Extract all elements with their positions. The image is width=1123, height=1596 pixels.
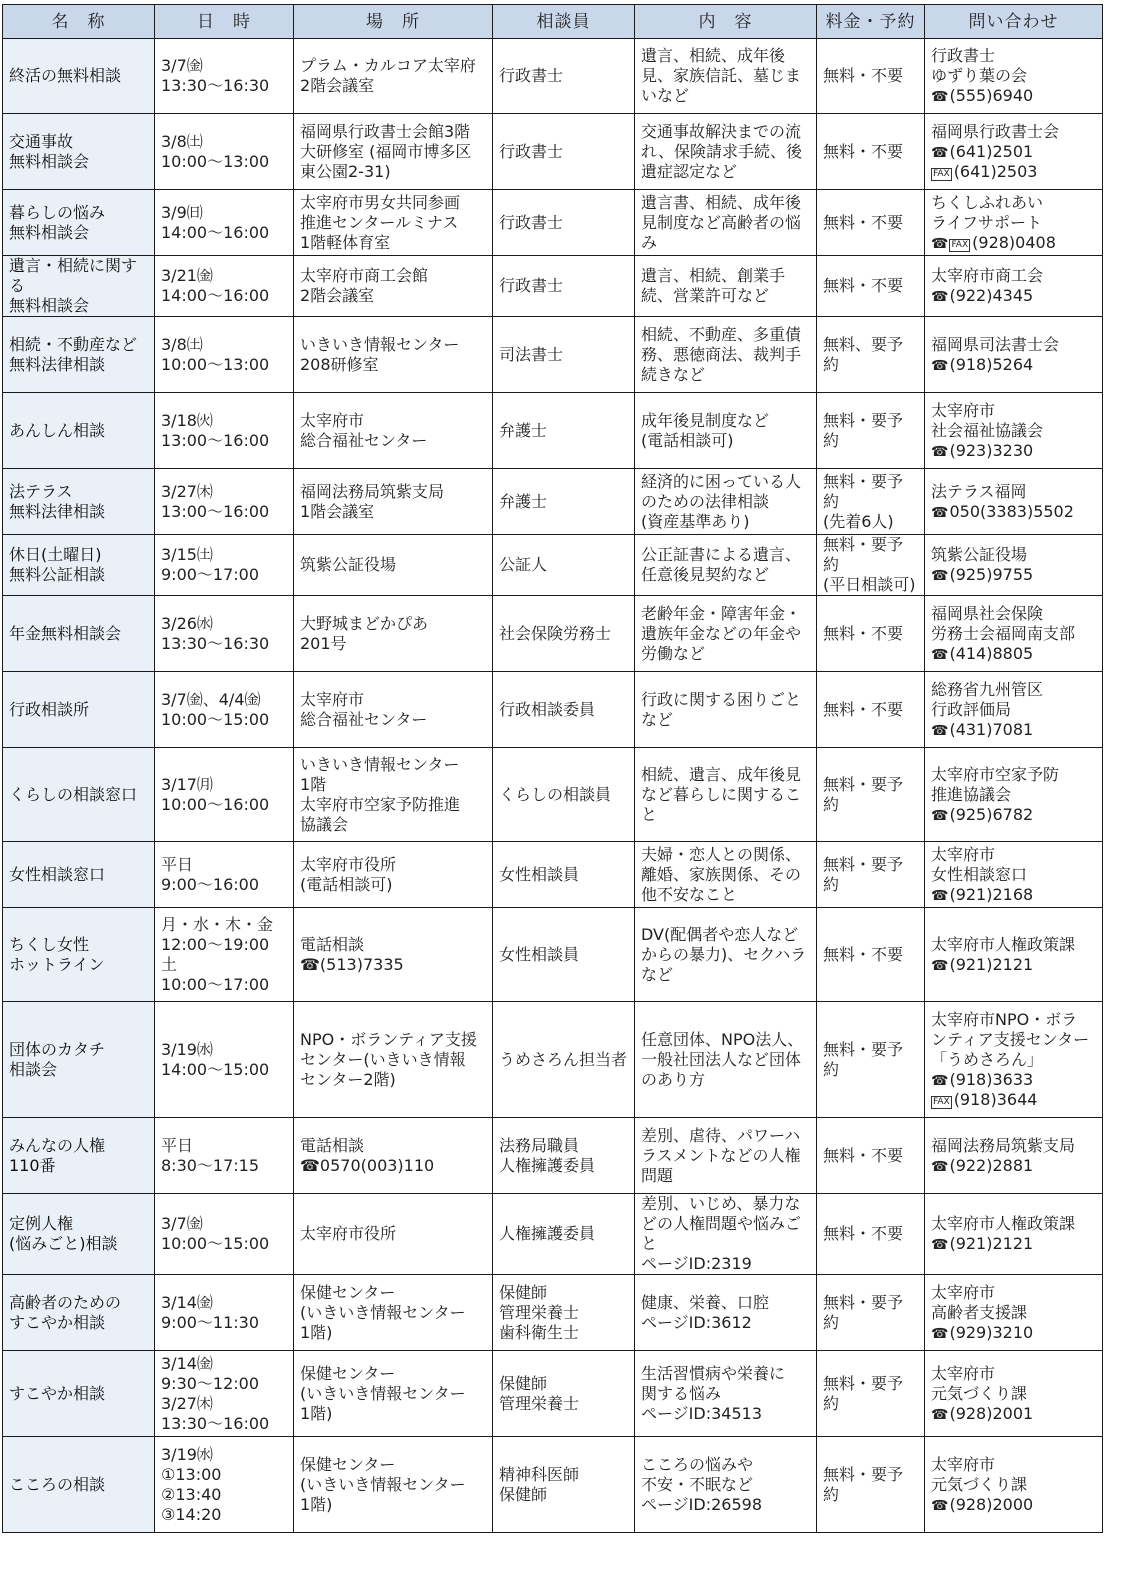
contact-value: (641)2503 [954,162,1038,181]
contact-value: (641)2501 [949,142,1033,161]
contact-org: 太宰府市人権政策課 [931,935,1096,955]
table-row: 遺言・相続に関する 無料相談会3/21㈮ 14:00〜16:00太宰府市商工会館… [3,256,1103,317]
contact-value: (923)3230 [949,441,1033,460]
content-cell: 経済的に困っている人のための法律相談 (資産基準あり) [635,469,817,535]
place-cell: 筑紫公証役場 [294,535,493,596]
datetime-cell: 3/7㈮ 13:30〜16:30 [155,39,294,114]
name-cell: 交通事故 無料相談会 [3,114,155,190]
counselor-cell: 弁護士 [493,469,635,535]
contact-number: ☎(921)2121 [931,1234,1096,1254]
counselor-cell: 司法書士 [493,317,635,393]
counselor-cell: 保健師 管理栄養士 [493,1351,635,1437]
counselor-cell: 公証人 [493,535,635,596]
contact-number: FAX(641)2503 [931,162,1096,182]
contact-number: ☎(641)2501 [931,142,1096,162]
contact-cell: 太宰府市人権政策課☎(921)2121 [925,1194,1103,1275]
contact-org: 労務士会福岡南支部 [931,624,1096,644]
counselor-cell: 行政書士 [493,39,635,114]
place-cell: 太宰府市男女共同参画 推進センタールミナス 1階軽体育室 [294,190,493,256]
contact-org: 太宰府市人権政策課 [931,1214,1096,1234]
contact-value: 社会福祉協議会 [931,421,1043,440]
fee-cell: 無料・不要 [817,1118,925,1194]
datetime-cell: 3/9㈰ 14:00〜16:00 [155,190,294,256]
contact-value: (922)2881 [949,1156,1033,1175]
table-row: くらしの相談窓口3/17㈪ 10:00〜16:00いきいき情報センター 1階 太… [3,748,1103,842]
content-cell: 老齢年金・障害年金・遺族年金などの年金や労働など [635,596,817,672]
table-row: 法テラス 無料法律相談3/27㈭ 13:00〜16:00福岡法務局筑紫支局 1階… [3,469,1103,535]
contact-org: 高齢者支援課 [931,1303,1096,1323]
contact-number: ☎(922)2881 [931,1156,1096,1176]
contact-org: ンティア支援センター [931,1030,1096,1050]
header-content: 内 容 [635,5,817,39]
contact-org: 福岡県行政書士会 [931,122,1096,142]
table-row: こころの相談3/19㈬ ①13:00 ②13:40 ③14:20保健センター (… [3,1437,1103,1533]
datetime-cell: 3/19㈬ 14:00〜15:00 [155,1002,294,1118]
place-cell: 太宰府市 総合福祉センター [294,393,493,469]
table-row: すこやか相談3/14㈮ 9:30〜12:00 3/27㈭ 13:30〜16:00… [3,1351,1103,1437]
name-cell: みんなの人権 110番 [3,1118,155,1194]
contact-org: ライフサポート [931,213,1096,233]
contact-value: (918)5264 [949,355,1033,374]
contact-number: ☎(921)2168 [931,885,1096,905]
content-cell: 遺言書、相続、成年後見制度など高齢者の悩み [635,190,817,256]
phone-icon: ☎ [931,959,948,973]
contact-value: (925)6782 [949,805,1033,824]
counselor-cell: 精神科医師 保健師 [493,1437,635,1533]
fee-cell: 無料・不要 [817,39,925,114]
fee-cell: 無料・不要 [817,672,925,748]
contact-org: 太宰府市商工会 [931,266,1096,286]
contact-cell: 総務省九州管区行政評価局☎(431)7081 [925,672,1103,748]
fee-cell: 無料・要予約 [817,1437,925,1533]
content-cell: 交通事故解決までの流れ、保険請求手続、後遺症認定など [635,114,817,190]
contact-org: 法テラス福岡 [931,482,1096,502]
content-cell: 公正証書による遺言、任意後見契約など [635,535,817,596]
contact-value: 太宰府市 [931,1364,995,1383]
contact-value: (922)4345 [949,286,1033,305]
contact-org: ゆずり葉の会 [931,66,1096,86]
contact-value: (921)2121 [949,955,1033,974]
content-cell: 相続、不動産、多重債務、悪徳商法、裁判手続きなど [635,317,817,393]
phone-icon: ☎ [931,506,948,520]
place-cell: 福岡法務局筑紫支局 1階会議室 [294,469,493,535]
content-cell: 行政に関する困りごとなど [635,672,817,748]
fee-cell: 無料、要予約 [817,317,925,393]
datetime-cell: 平日 9:00〜16:00 [155,842,294,908]
fee-cell: 無料・不要 [817,908,925,1002]
fee-cell: 無料・不要 [817,596,925,672]
contact-cell: 太宰府市女性相談窓口☎(921)2168 [925,842,1103,908]
contact-value: (928)2001 [949,1404,1033,1423]
contact-org: 元気づくり課 [931,1475,1096,1495]
contact-value: 女性相談窓口 [931,865,1027,884]
name-cell: 終活の無料相談 [3,39,155,114]
contact-cell: 法テラス福岡☎050(3383)5502 [925,469,1103,535]
contact-value: 元気づくり課 [931,1384,1027,1403]
header-contact: 問い合わせ [925,5,1103,39]
place-cell: 太宰府市役所 [294,1194,493,1275]
counselor-cell: うめさろん担当者 [493,1002,635,1118]
table-row: 相続・不動産など 無料法律相談3/8㈯ 10:00〜13:00いきいき情報センタ… [3,317,1103,393]
contact-org: 元気づくり課 [931,1384,1096,1404]
counselor-cell: 女性相談員 [493,842,635,908]
contact-value: (918)3644 [954,1090,1038,1109]
contact-number: ☎(928)2001 [931,1404,1096,1424]
phone-icon: ☎ [931,569,948,583]
contact-value: (918)3633 [949,1070,1033,1089]
contact-org: 太宰府市 [931,401,1096,421]
datetime-cell: 3/19㈬ ①13:00 ②13:40 ③14:20 [155,1437,294,1533]
contact-cell: ちくしふれあいライフサポート☎FAX(928)0408 [925,190,1103,256]
contact-value: 推進協議会 [931,785,1011,804]
datetime-cell: 3/15㈯ 9:00〜17:00 [155,535,294,596]
contact-org: 社会福祉協議会 [931,421,1096,441]
table-row: あんしん相談3/18㈫ 13:00〜16:00太宰府市 総合福祉センター弁護士成… [3,393,1103,469]
contact-org: 推進協議会 [931,785,1096,805]
phone-icon: ☎ [931,237,948,251]
phone-icon: ☎ [931,445,948,459]
contact-value: 太宰府市商工会 [931,266,1043,285]
contact-cell: 行政書士ゆずり葉の会☎(555)6940 [925,39,1103,114]
phone-icon: ☎ [931,90,948,104]
contact-cell: 福岡県行政書士会☎(641)2501FAX(641)2503 [925,114,1103,190]
contact-value: 福岡県司法書士会 [931,335,1059,354]
place-cell: 保健センター (いきいき情報センター 1階) [294,1351,493,1437]
contact-org: 福岡県社会保険 [931,604,1096,624]
contact-cell: 太宰府市社会福祉協議会☎(923)3230 [925,393,1103,469]
contact-value: ゆずり葉の会 [931,66,1027,85]
contact-value: 太宰府市 [931,1455,995,1474]
name-cell: 女性相談窓口 [3,842,155,908]
contact-value: ライフサポート [931,213,1042,232]
contact-org: 福岡法務局筑紫支局 [931,1136,1096,1156]
phone-icon: ☎ [931,1499,948,1513]
fee-cell: 無料・要予約 [817,842,925,908]
content-cell: 遺言、相続、創業手続、営業許可など [635,256,817,317]
phone-icon: ☎ [931,1074,948,1088]
consultation-table: 名 称 日 時 場 所 相談員 内 容 料金・予約 問い合わせ 終活の無料相談3… [2,4,1103,1533]
contact-number: ☎(925)9755 [931,565,1096,585]
contact-number: ☎(922)4345 [931,286,1096,306]
name-cell: 遺言・相続に関する 無料相談会 [3,256,155,317]
name-cell: 暮らしの悩み 無料相談会 [3,190,155,256]
header-name: 名 称 [3,5,155,39]
datetime-cell: 月・水・木・金 12:00〜19:00 土 10:00〜17:00 [155,908,294,1002]
contact-cell: 太宰府市元気づくり課☎(928)2001 [925,1351,1103,1437]
contact-org: 行政書士 [931,46,1096,66]
place-cell: 太宰府市商工会館 2階会議室 [294,256,493,317]
contact-value: 行政評価局 [931,700,1011,719]
contact-value: 太宰府市人権政策課 [931,935,1075,954]
name-cell: あんしん相談 [3,393,155,469]
contact-number: FAX(918)3644 [931,1090,1096,1110]
header-row: 名 称 日 時 場 所 相談員 内 容 料金・予約 問い合わせ [3,5,1103,39]
header-place: 場 所 [294,5,493,39]
datetime-cell: 3/8㈯ 10:00〜13:00 [155,114,294,190]
contact-org: 太宰府市 [931,1364,1096,1384]
datetime-cell: 3/18㈫ 13:00〜16:00 [155,393,294,469]
content-cell: DV(配偶者や恋人などからの暴力)、セクハラなど [635,908,817,1002]
contact-cell: 太宰府市高齢者支援課☎(929)3210 [925,1275,1103,1351]
name-cell: 行政相談所 [3,672,155,748]
fee-cell: 無料・要予約 (平日相談可) [817,535,925,596]
fee-cell: 無料・要予約 (先着6人) [817,469,925,535]
contact-value: 筑紫公証役場 [931,545,1027,564]
table-row: 団体のカタチ 相談会3/19㈬ 14:00〜15:00NPO・ボランティア支援 … [3,1002,1103,1118]
contact-value: 法テラス福岡 [931,482,1027,501]
fee-cell: 無料・要予約 [817,393,925,469]
datetime-cell: 3/8㈯ 10:00〜13:00 [155,317,294,393]
contact-value: (921)2121 [949,1234,1033,1253]
contact-cell: 太宰府市人権政策課☎(921)2121 [925,908,1103,1002]
contact-cell: 太宰府市空家予防推進協議会☎(925)6782 [925,748,1103,842]
content-cell: 成年後見制度など (電話相談可) [635,393,817,469]
contact-cell: 福岡法務局筑紫支局☎(922)2881 [925,1118,1103,1194]
fee-cell: 無料・要予約 [817,1002,925,1118]
phone-icon: ☎ [931,809,948,823]
place-cell: 太宰府市 総合福祉センター [294,672,493,748]
datetime-cell: 3/26㈬ 13:30〜16:30 [155,596,294,672]
contact-value: (928)2000 [949,1495,1033,1514]
contact-value: 高齢者支援課 [931,1303,1027,1322]
contact-value: (555)6940 [949,86,1033,105]
contact-cell: 筑紫公証役場☎(925)9755 [925,535,1103,596]
contact-number: ☎(414)8805 [931,644,1096,664]
contact-value: 太宰府市 [931,1283,995,1302]
contact-value: 「うめさろん」 [931,1050,1043,1069]
header-counselor: 相談員 [493,5,635,39]
counselor-cell: 弁護士 [493,393,635,469]
contact-value: ちくしふれあい [931,193,1043,212]
contact-number: ☎(921)2121 [931,955,1096,975]
datetime-cell: 3/14㈮ 9:30〜12:00 3/27㈭ 13:30〜16:00 [155,1351,294,1437]
place-cell: いきいき情報センター 208研修室 [294,317,493,393]
contact-value: 太宰府市 [931,401,995,420]
contact-cell: 太宰府市商工会☎(922)4345 [925,256,1103,317]
contact-number: ☎(925)6782 [931,805,1096,825]
counselor-cell: 社会保険労務士 [493,596,635,672]
content-cell: 夫婦・恋人との関係、離婚、家族関係、その他不安なこと [635,842,817,908]
counselor-cell: 法務局職員 人権擁護委員 [493,1118,635,1194]
contact-org: 筑紫公証役場 [931,545,1096,565]
contact-value: 元気づくり課 [931,1475,1027,1494]
table-row: みんなの人権 110番平日 8:30〜17:15電話相談 ☎0570(003)1… [3,1118,1103,1194]
place-cell: いきいき情報センター 1階 太宰府市空家予防推進 協議会 [294,748,493,842]
fee-cell: 無料・不要 [817,1194,925,1275]
counselor-cell: 行政書士 [493,256,635,317]
name-cell: 法テラス 無料法律相談 [3,469,155,535]
name-cell: 年金無料相談会 [3,596,155,672]
phone-icon: ☎ [931,1327,948,1341]
fee-cell: 無料・不要 [817,190,925,256]
content-cell: 遺言、相続、成年後見、家族信託、墓じまいなど [635,39,817,114]
contact-org: 福岡県司法書士会 [931,335,1096,355]
contact-value: (929)3210 [949,1323,1033,1342]
phone-icon: ☎ [931,1160,948,1174]
datetime-cell: 3/27㈭ 13:00〜16:00 [155,469,294,535]
contact-number: ☎(431)7081 [931,720,1096,740]
contact-number: ☎(918)5264 [931,355,1096,375]
contact-cell: 太宰府市元気づくり課☎(928)2000 [925,1437,1103,1533]
datetime-cell: 3/7㈮、4/4㈮ 10:00〜15:00 [155,672,294,748]
place-cell: 大野城まどかぴあ 201号 [294,596,493,672]
datetime-cell: 3/21㈮ 14:00〜16:00 [155,256,294,317]
place-cell: 電話相談 ☎0570(003)110 [294,1118,493,1194]
name-cell: ちくし女性 ホットライン [3,908,155,1002]
contact-org: 太宰府市 [931,1455,1096,1475]
contact-number: ☎(918)3633 [931,1070,1096,1090]
content-cell: 差別、虐待、パワーハラスメントなどの人権問題 [635,1118,817,1194]
contact-org: 行政評価局 [931,700,1096,720]
contact-value: 050(3383)5502 [949,502,1073,521]
fee-cell: 無料・要予約 [817,1351,925,1437]
phone-icon: ☎ [931,724,948,738]
place-cell: NPO・ボランティア支援 センター(いきいき情報 センター2階) [294,1002,493,1118]
contact-org: 「うめさろん」 [931,1050,1096,1070]
contact-org: ちくしふれあい [931,193,1096,213]
counselor-cell: 女性相談員 [493,908,635,1002]
name-cell: 団体のカタチ 相談会 [3,1002,155,1118]
contact-number: ☎050(3383)5502 [931,502,1096,522]
name-cell: 定例人権 (悩みごと)相談 [3,1194,155,1275]
place-cell: 太宰府市役所 (電話相談可) [294,842,493,908]
place-cell: 保健センター (いきいき情報センター 1階) [294,1437,493,1533]
header-datetime: 日 時 [155,5,294,39]
contact-org: 女性相談窓口 [931,865,1096,885]
table-row: 暮らしの悩み 無料相談会3/9㈰ 14:00〜16:00太宰府市男女共同参画 推… [3,190,1103,256]
fax-icon: FAX [931,1096,952,1109]
phone-icon: ☎ [931,1408,948,1422]
contact-number: ☎(928)2000 [931,1495,1096,1515]
contact-org: 太宰府市 [931,1283,1096,1303]
contact-value: (921)2168 [949,885,1033,904]
contact-value: (431)7081 [949,720,1033,739]
counselor-cell: 人権擁護委員 [493,1194,635,1275]
contact-value: 太宰府市空家予防 [931,765,1059,784]
contact-value: 太宰府市 [931,845,995,864]
place-cell: 電話相談 ☎(513)7335 [294,908,493,1002]
fee-cell: 無料・不要 [817,114,925,190]
counselor-cell: 行政書士 [493,114,635,190]
consultation-schedule: 名 称 日 時 場 所 相談員 内 容 料金・予約 問い合わせ 終活の無料相談3… [2,4,1102,1533]
contact-value: 福岡法務局筑紫支局 [931,1136,1075,1155]
table-row: 年金無料相談会3/26㈬ 13:30〜16:30大野城まどかぴあ 201号社会保… [3,596,1103,672]
table-row: 高齢者のための すこやか相談3/14㈮ 9:00〜11:30保健センター (いき… [3,1275,1103,1351]
contact-value: (925)9755 [949,565,1033,584]
table-row: 女性相談窓口平日 9:00〜16:00太宰府市役所 (電話相談可)女性相談員夫婦… [3,842,1103,908]
contact-number: ☎FAX(928)0408 [931,233,1096,253]
datetime-cell: 平日 8:30〜17:15 [155,1118,294,1194]
contact-cell: 太宰府市NPO・ボランティア支援センター「うめさろん」☎(918)3633FAX… [925,1002,1103,1118]
name-cell: 休日(土曜日) 無料公証相談 [3,535,155,596]
datetime-cell: 3/17㈪ 10:00〜16:00 [155,748,294,842]
contact-value: 太宰府市人権政策課 [931,1214,1075,1233]
phone-icon: ☎ [931,1238,948,1252]
contact-number: ☎(923)3230 [931,441,1096,461]
contact-value: 行政書士 [931,46,995,65]
content-cell: 差別、いじめ、暴力などの人権問題や悩みごと ページID:2319 [635,1194,817,1275]
phone-icon: ☎ [931,146,948,160]
counselor-cell: 行政書士 [493,190,635,256]
fax-icon: FAX [931,168,952,181]
fee-cell: 無料・不要 [817,256,925,317]
content-cell: 任意団体、NPO法人、一般社団法人など団体のあり方 [635,1002,817,1118]
contact-value: 福岡県行政書士会 [931,122,1059,141]
place-cell: プラム・カルコア太宰府 2階会議室 [294,39,493,114]
contact-cell: 福岡県司法書士会☎(918)5264 [925,317,1103,393]
content-cell: 健康、栄養、口腔 ページID:3612 [635,1275,817,1351]
contact-org: 総務省九州管区 [931,680,1096,700]
contact-number: ☎(929)3210 [931,1323,1096,1343]
phone-icon: ☎ [931,889,948,903]
counselor-cell: 行政相談委員 [493,672,635,748]
contact-value: (414)8805 [949,644,1033,663]
name-cell: こころの相談 [3,1437,155,1533]
place-cell: 保健センター (いきいき情報センター 1階) [294,1275,493,1351]
name-cell: 相続・不動産など 無料法律相談 [3,317,155,393]
datetime-cell: 3/7㈮ 10:00〜15:00 [155,1194,294,1275]
name-cell: 高齢者のための すこやか相談 [3,1275,155,1351]
name-cell: くらしの相談窓口 [3,748,155,842]
content-cell: 生活習慣病や栄養に 関する悩み ページID:34513 [635,1351,817,1437]
content-cell: こころの悩みや 不安・不眠など ページID:26598 [635,1437,817,1533]
table-row: 終活の無料相談3/7㈮ 13:30〜16:30プラム・カルコア太宰府 2階会議室… [3,39,1103,114]
table-row: 休日(土曜日) 無料公証相談3/15㈯ 9:00〜17:00筑紫公証役場公証人公… [3,535,1103,596]
name-cell: すこやか相談 [3,1351,155,1437]
contact-org: 太宰府市NPO・ボラ [931,1010,1096,1030]
counselor-cell: 保健師 管理栄養士 歯科衛生士 [493,1275,635,1351]
table-row: 定例人権 (悩みごと)相談3/7㈮ 10:00〜15:00太宰府市役所人権擁護委… [3,1194,1103,1275]
phone-icon: ☎ [931,359,948,373]
contact-cell: 福岡県社会保険労務士会福岡南支部☎(414)8805 [925,596,1103,672]
contact-value: 総務省九州管区 [931,680,1043,699]
contact-org: 太宰府市 [931,845,1096,865]
content-cell: 相続、遺言、成年後見など暮らしに関すること [635,748,817,842]
phone-icon: ☎ [931,290,948,304]
contact-org: 太宰府市空家予防 [931,765,1096,785]
contact-value: 労務士会福岡南支部 [931,624,1075,643]
contact-value: 福岡県社会保険 [931,604,1043,623]
fee-cell: 無料・要予約 [817,1275,925,1351]
place-cell: 福岡県行政書士会館3階 大研修室 (福岡市博多区 東公園2-31) [294,114,493,190]
contact-value: (928)0408 [972,233,1056,252]
contact-value: 太宰府市NPO・ボラ [931,1010,1077,1029]
table-row: 交通事故 無料相談会3/8㈯ 10:00〜13:00福岡県行政書士会館3階 大研… [3,114,1103,190]
contact-value: ンティア支援センター [931,1030,1089,1049]
table-row: ちくし女性 ホットライン月・水・木・金 12:00〜19:00 土 10:00〜… [3,908,1103,1002]
fax-icon: FAX [949,239,970,252]
phone-icon: ☎ [931,648,948,662]
counselor-cell: くらしの相談員 [493,748,635,842]
fee-cell: 無料・要予約 [817,748,925,842]
datetime-cell: 3/14㈮ 9:00〜11:30 [155,1275,294,1351]
contact-number: ☎(555)6940 [931,86,1096,106]
table-row: 行政相談所3/7㈮、4/4㈮ 10:00〜15:00太宰府市 総合福祉センター行… [3,672,1103,748]
header-fee: 料金・予約 [817,5,925,39]
